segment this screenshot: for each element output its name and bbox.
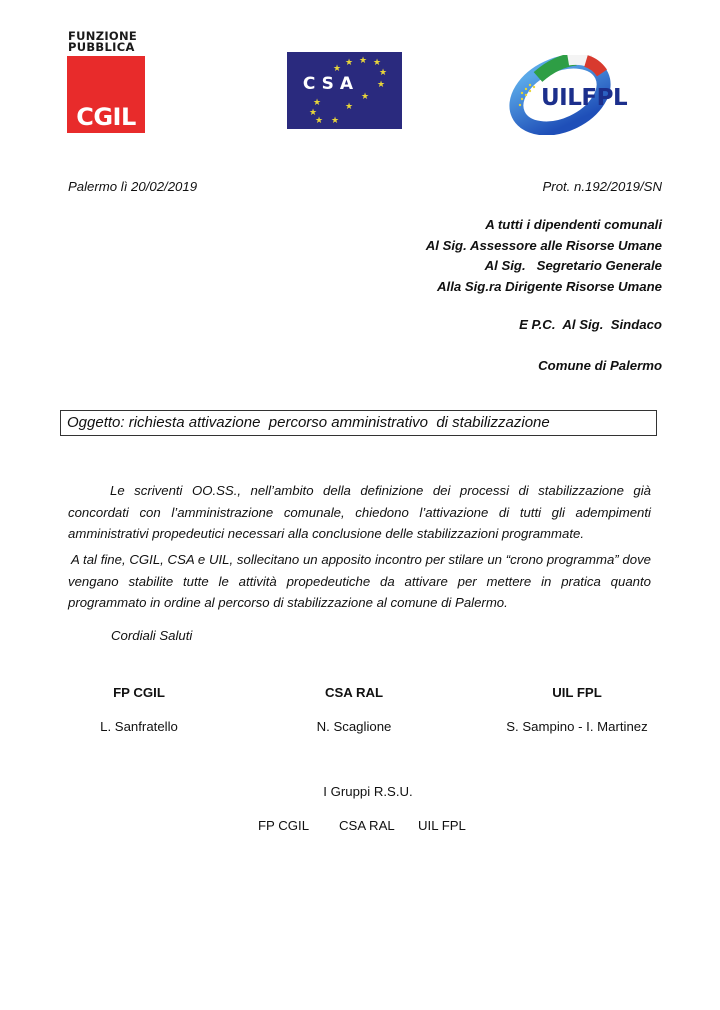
- rsu-group: UIL FPL: [418, 818, 466, 833]
- subject-box: Oggetto: richiesta attivazione percorso …: [60, 410, 657, 436]
- recipient: Alla Sig.ra Dirigente Risorse Umane: [426, 277, 662, 298]
- comune-label: Comune di Palermo: [538, 358, 662, 373]
- star-icon: ★: [377, 80, 385, 89]
- star-icon: ★: [345, 58, 353, 67]
- star-icon: ★: [315, 116, 323, 125]
- star-icon: ★: [379, 68, 387, 77]
- csa-logo: ★ ★ ★ ★ ★ ★ ★ ★ ★ ★ ★ ★ CSA: [287, 52, 402, 129]
- protocol-number: Prot. n.192/2019/SN: [543, 177, 663, 197]
- uil-logo-word: UILFPL: [541, 85, 628, 111]
- signature-name: N. Scaglione: [254, 719, 454, 734]
- rsu-group: FP CGIL: [258, 818, 309, 833]
- body-paragraph-1: Le scriventi OO.SS., nell’ambito della d…: [68, 480, 651, 545]
- star-icon: ★: [333, 64, 341, 73]
- signature-org: FP CGIL: [39, 685, 239, 700]
- uil-fpl-logo: UILFPL: [508, 55, 633, 135]
- subject-text: Oggetto: richiesta attivazione percorso …: [67, 414, 550, 431]
- cgil-logo-text: FUNZIONE PUBBLICA: [68, 31, 137, 53]
- cc-recipient: E P.C. Al Sig. Sindaco: [519, 317, 662, 332]
- uil-ring-icon: UILFPL: [508, 55, 633, 135]
- recipient: Al Sig. Segretario Generale: [426, 256, 662, 277]
- rsu-title: I Gruppi R.S.U.: [0, 784, 720, 799]
- signature-name: L. Sanfratello: [39, 719, 239, 734]
- place-date: Palermo lì 20/02/2019: [68, 177, 197, 197]
- recipient: A tutti i dipendenti comunali: [426, 215, 662, 236]
- star-icon: ★: [313, 98, 321, 107]
- signature-org: UIL FPL: [477, 685, 677, 700]
- cgil-logo-line2: PUBBLICA: [68, 42, 137, 53]
- body-paragraph-2: A tal fine, CGIL, CSA e UIL, sollecitano…: [68, 549, 651, 614]
- signature-org: CSA RAL: [254, 685, 454, 700]
- star-icon: ★: [373, 58, 381, 67]
- star-icon: ★: [345, 102, 353, 111]
- csa-logo-word: CSA: [287, 74, 375, 94]
- recipient: Al Sig. Assessore alle Risorse Umane: [426, 236, 662, 257]
- closing-greeting: Cordiali Saluti: [111, 628, 192, 643]
- cgil-logo: CGIL: [67, 56, 145, 133]
- star-icon: ★: [359, 56, 367, 65]
- star-icon: ★: [331, 116, 339, 125]
- recipients-block: A tutti i dipendenti comunali Al Sig. As…: [426, 215, 662, 297]
- rsu-group: CSA RAL: [339, 818, 395, 833]
- signature-name: S. Sampino - I. Martinez: [477, 719, 677, 734]
- cgil-logo-word: CGIL: [67, 103, 145, 131]
